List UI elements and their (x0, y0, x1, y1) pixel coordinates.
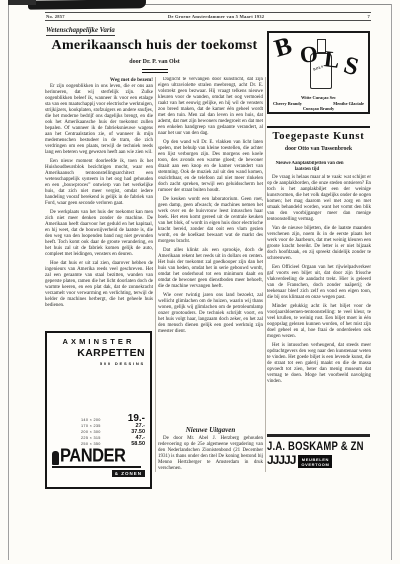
bols-letter: O (299, 41, 320, 69)
pander-figure-icon (52, 451, 59, 465)
boskamp-line: OVERTOOM (301, 462, 329, 467)
pander-product-line: AXMINSTER (52, 337, 145, 346)
bols-line: Curaçao Brandy (271, 106, 366, 111)
page-number: 7 (367, 14, 370, 19)
boskamp-name: J.A. BOSKAMP & ZN (267, 440, 355, 454)
bols-product-lines: Witte Curaçao Sec Cherry Brandy Menthe G… (271, 95, 366, 111)
paragraph: De keuken wordt een laboratorium. Geen r… (158, 197, 263, 245)
pander-product-line: KARPETTEN (52, 347, 145, 359)
paragraph: Van de nieuwe biljetten, die de laatste … (267, 226, 371, 262)
masthead: De Groene Amsterdammer van 5 Maart 1932 (168, 14, 264, 19)
newspaper-page: No. 2857 De Groene Amsterdammer van 5 Ma… (0, 0, 400, 564)
kunst-column: Nieuwe Aanplakbiljetten van den laatsten… (267, 161, 371, 433)
bottom-rule (267, 434, 370, 437)
article-kicker: Weg met de bezem! (45, 77, 153, 83)
boskamp-advertisement: J.A. BOSKAMP & ZN JJJJJ MEUBELEN OVERTOO… (267, 440, 355, 468)
price-row: 140 × 200 19.- (81, 414, 145, 423)
article-headline: Amerikaansch huis der toekomst (45, 38, 264, 54)
paragraph: De vraag is helaas maar al te vaak: wat … (267, 175, 371, 223)
article-column-left: Weg met de bezem! Er zijn oogenblikken i… (45, 77, 153, 329)
paragraph: Dat alles klinkt als een sprookje, doch … (158, 248, 263, 290)
pander-advertisement: AXMINSTER KARPETTEN 500 DESSINS 140 × 20… (45, 331, 152, 489)
running-head: No. 2857 De Groene Amsterdammer van 5 Ma… (45, 12, 371, 21)
paragraph: Er zijn oogenblikken in ons leven, die e… (45, 84, 153, 156)
article-byline: door Dr. P. van Olst (45, 59, 264, 65)
scan-border-left (8, 4, 9, 560)
paragraph: Daglicht te vervangen door kunstlicht, d… (158, 77, 263, 137)
paragraph: Hoe dat huis er uit zal zien, daarover h… (45, 261, 153, 309)
paragraph: Wie over twintig jaren ons land bezoekt,… (158, 293, 263, 335)
bols-line: Cherry Brandy (273, 101, 302, 106)
column-rule (155, 77, 156, 472)
pander-brand-name: PANDER (60, 448, 125, 465)
article-column-middle: Daglicht te vervangen door kunstlicht, d… (158, 77, 263, 472)
kunst-subhead: Nieuwe Aanplakbiljetten van den laatsten… (267, 161, 347, 172)
kunst-byline: door Otto van Tussenbroek (267, 146, 370, 152)
section-rule (267, 126, 370, 128)
boskamp-categories: MEUBELEN OVERTOOM (298, 455, 332, 468)
paragraph: Een nieuw moment doorleefde ik, toen ik … (45, 159, 153, 207)
carpet-price: 19.- (128, 414, 145, 423)
paragraph: Het is intusschen verheugend, dat steeds… (267, 343, 371, 385)
article-body-middle: Daglicht te vervangen door kunstlicht, d… (158, 77, 263, 423)
bols-letter: S (340, 52, 361, 83)
carpet-price: 58.50 (131, 441, 145, 447)
paragraph: Een Officieel Orgaan van het rijwielpadv… (267, 265, 371, 301)
paragraph: Minder gelukkig acht ik het biljet voor … (267, 304, 371, 340)
boskamp-line: MEUBELEN (301, 457, 329, 462)
uitgaven-heading: Nieuwe Uitgaven (158, 427, 263, 433)
paragraph: De door Mr. Abel J. Herzberg gehouden re… (158, 436, 263, 472)
boskamp-hooks-icon: JJJJJ (267, 455, 295, 465)
bols-advertisement: BOLS B O L S Witte Curaçao Sec Cherry Br… (267, 31, 370, 114)
pander-brand-suffix: & ZONEN (112, 470, 145, 477)
byline-divider (142, 69, 168, 73)
issue-number: No. 2857 (46, 14, 65, 19)
pander-logo: PANDER (52, 450, 141, 468)
pander-price-list: 140 × 200 19.- 170 × 235 27.- 200 × 300 … (81, 414, 145, 447)
section-rubric: Wetenschappelijke Varia (46, 27, 115, 36)
bols-letter: L (322, 46, 340, 74)
bols-letter: B (271, 32, 295, 64)
scan-artifact (28, 0, 146, 10)
article-body-left: Er zijn oogenblikken in ons leven, die e… (45, 84, 153, 309)
uitgaven-body: De door Mr. Abel J. Herzberg gehouden re… (158, 436, 263, 472)
kunst-heading: Toegepaste Kunst (267, 131, 370, 142)
paragraph: Op den wand wil Dr. E. vlakken van licht… (158, 140, 263, 194)
column-rule (265, 77, 266, 472)
scan-artifact (8, 0, 36, 5)
kunst-body: De vraag is helaas maar al te vaak: wat … (267, 175, 371, 385)
paragraph: De werkplaats van het huis der toekomst … (45, 210, 153, 258)
scan-border-right (391, 4, 392, 560)
bols-line: Menthe Glaciale (333, 101, 364, 106)
